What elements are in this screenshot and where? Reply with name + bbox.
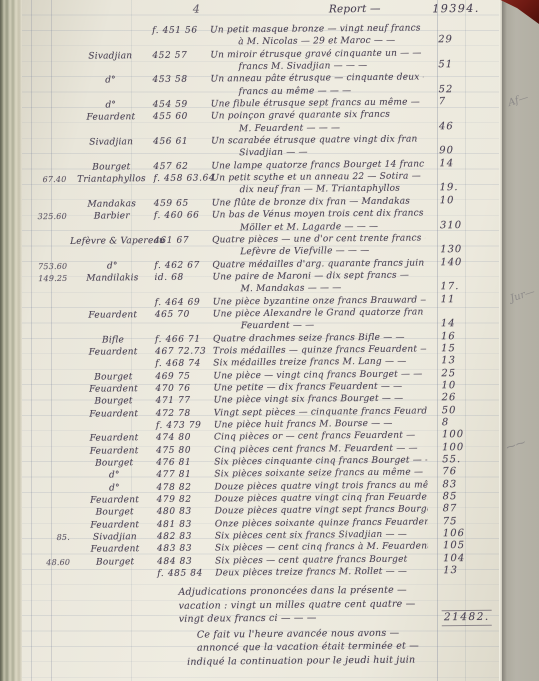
row-marginal-figure — [26, 520, 73, 533]
row-marginal-figure — [24, 310, 71, 335]
book-page-stack-edge — [0, 0, 24, 681]
row-marginal-figure: 753.60 — [23, 260, 70, 273]
row-marginal-figure: 48.60 — [26, 557, 73, 570]
row-amount: 55. — [427, 454, 498, 467]
row-buyer-name: Bourget — [72, 395, 156, 408]
row-buyer-name: d° — [72, 482, 156, 495]
row-amount: 51 — [423, 46, 494, 71]
row-lot-numbers: 457 62 — [153, 160, 211, 173]
row-marginal-figure — [25, 396, 72, 409]
row-buyer-name: Sivadjian — [68, 50, 152, 75]
row-lot-numbers: 453 58 — [152, 74, 210, 99]
vacation-total-amount: 21482. — [442, 610, 492, 626]
row-lot-numbers: 474 80 — [156, 432, 214, 445]
row-buyer-name: Feuardent — [71, 383, 155, 396]
report-label: Report — — [329, 3, 381, 15]
row-description: Un petit masque bronze — vingt neuf fran… — [210, 22, 423, 49]
row-description: Une paire de Maroni — dix sept francs —M… — [212, 269, 425, 296]
row-marginal-figure — [24, 297, 71, 310]
report-carried-amount: 19394. — [432, 2, 480, 15]
row-lot-numbers: 459 65 — [154, 197, 212, 210]
row-marginal-figure — [25, 421, 72, 434]
row-lot-numbers: 461 67 — [154, 234, 212, 259]
handwritten-content: 4 Report — 19394. f. 451 56 Un petit mas… — [21, 2, 500, 670]
bleed-through-mark: Jur— — [509, 286, 536, 304]
row-buyer-name: Bifle — [71, 334, 155, 347]
row-buyer-name: d° — [70, 260, 154, 273]
row-description: Un poinçon gravé quarante six francsM. F… — [211, 109, 424, 136]
row-marginal-figure — [22, 137, 69, 162]
row-buyer-name: Barbier — [70, 210, 154, 235]
row-amount: 100 — [427, 441, 498, 454]
row-lot-numbers: f. 468 74 — [155, 358, 213, 371]
row-lot-numbers: 454 59 — [153, 99, 211, 112]
row-marginal-figure: 149.25 — [23, 273, 70, 298]
row-marginal-figure — [22, 162, 69, 175]
row-buyer-name: Lefèvre & Vapereau — [70, 235, 154, 260]
bleed-through-mark: Af— — [507, 92, 530, 109]
row-lot-numbers: id. 68 — [154, 271, 212, 296]
row-marginal-figure — [24, 384, 71, 397]
row-amount: 85 — [428, 491, 499, 504]
row-marginal-figure — [26, 569, 73, 582]
row-buyer-name: Bourget — [69, 161, 153, 174]
row-amount: 87 — [428, 503, 499, 516]
row-buyer-name: Feuardent — [72, 408, 156, 421]
row-lot-numbers: 483 83 — [157, 543, 215, 556]
row-lot-numbers: 469 75 — [155, 370, 213, 383]
row-amount: 140 — [425, 256, 496, 269]
row-amount: 100 — [427, 429, 498, 442]
row-lot-numbers: f. 451 56 — [152, 24, 210, 49]
row-marginal-figure — [25, 483, 72, 496]
row-amount: 130 — [425, 232, 496, 257]
row-marginal-figure — [25, 433, 72, 446]
row-amount: 50 — [427, 404, 498, 417]
row-buyer-name: d° — [69, 99, 153, 112]
row-marginal-figure — [21, 51, 68, 76]
row-amount: 17. — [425, 269, 496, 294]
row-amount: 75 — [428, 515, 499, 528]
row-marginal-figure — [23, 236, 70, 261]
row-lot-numbers: f. 458 63.64 — [153, 173, 211, 198]
row-amount: 90 — [424, 133, 495, 158]
row-marginal-figure — [25, 408, 72, 421]
row-amount: 29 — [423, 22, 494, 47]
row-amount: 83 — [427, 478, 498, 491]
row-buyer-name — [71, 297, 155, 310]
row-lot-numbers: 470 76 — [155, 382, 213, 395]
row-buyer-name: Mandilakis — [70, 272, 154, 297]
ledger-entries: f. 451 56 Un petit masque bronze — vingt… — [21, 22, 499, 582]
row-buyer-name: Feuardent — [72, 445, 156, 458]
row-lot-numbers: 479 82 — [157, 494, 215, 507]
row-marginal-figure — [21, 75, 68, 100]
row-marginal-figure: 85. — [26, 532, 73, 545]
row-marginal-figure: 67.40 — [22, 174, 69, 199]
row-amount: 76 — [427, 466, 498, 479]
row-amount: 10 — [426, 380, 497, 393]
row-lot-numbers: 481 83 — [157, 518, 215, 531]
row-amount: 46 — [424, 108, 495, 133]
adjacent-grey-page: Af— Jur— ⁓⁓ — [502, 0, 539, 681]
row-amount: 16 — [426, 330, 497, 343]
row-buyer-name: Feuardent — [73, 519, 157, 532]
row-buyer-name: d° — [72, 469, 156, 482]
report-header: Report — 19394. — [21, 2, 494, 25]
row-lot-numbers: 467 72.73 — [155, 345, 213, 358]
row-lot-numbers: f. 462 67 — [154, 259, 212, 272]
row-buyer-name: Bourget — [73, 556, 157, 569]
row-description: Un miroir étrusque gravé cinquante un — … — [210, 47, 423, 74]
row-buyer-name: Feuardent — [69, 111, 153, 136]
row-marginal-figure — [24, 359, 71, 372]
row-amount: 13 — [428, 565, 499, 578]
row-buyer-name: Feuardent — [71, 346, 155, 359]
row-buyer-name: Feuardent — [73, 543, 157, 556]
row-description: Un bas de Vénus moyen trois cent dix fra… — [212, 208, 425, 235]
row-amount: 14 — [424, 158, 495, 171]
row-amount: 19. — [424, 170, 495, 195]
row-buyer-name — [68, 25, 152, 50]
row-buyer-name: Triantaphyllos — [69, 173, 153, 198]
row-lot-numbers: 484 83 — [157, 555, 215, 568]
row-lot-numbers: f. 485 84 — [157, 568, 215, 581]
row-description: Un petit scythe et un anneau 22 — Sotira… — [211, 171, 424, 198]
row-marginal-figure — [25, 446, 72, 459]
row-amount: 10 — [425, 195, 496, 208]
row-lot-numbers: f. 464 69 — [155, 296, 213, 309]
row-buyer-name: Mandakas — [70, 198, 154, 211]
row-amount: 310 — [425, 207, 496, 232]
row-buyer-name: Sivadjian — [73, 531, 157, 544]
row-lot-numbers: 452 57 — [152, 49, 210, 74]
row-amount: 105 — [428, 540, 499, 553]
row-buyer-name: Bourget — [71, 371, 155, 384]
row-description: Quatre pièces — une d'or cent trente fra… — [212, 232, 425, 259]
row-amount: 8 — [427, 417, 498, 430]
row-buyer-name: Sivadjian — [69, 136, 153, 161]
row-description: Deux pièces treize francs M. Rollet — — — [215, 566, 428, 580]
row-buyer-name: Bourget — [72, 457, 156, 470]
row-lot-numbers: f. 460 66 — [154, 210, 212, 235]
row-lot-numbers: 471 77 — [156, 395, 214, 408]
row-marginal-figure — [25, 458, 72, 471]
closing-note: Adjudications prononcées dans la présent… — [26, 583, 500, 670]
row-lot-numbers: f. 466 71 — [155, 333, 213, 346]
row-marginal-figure — [23, 199, 70, 212]
row-lot-numbers: 472 78 — [156, 407, 214, 420]
row-buyer-name: Feuardent — [73, 494, 157, 507]
row-marginal-figure — [22, 100, 69, 113]
row-marginal-figure — [24, 347, 71, 360]
row-lot-numbers: f. 473 79 — [156, 419, 214, 432]
row-amount: 7 — [424, 96, 495, 109]
ledger-photograph: Af— Jur— ⁓⁓ 4 Report — 19394. f. 451 56 … — [0, 0, 539, 681]
bleed-through-mark: ⁓⁓ — [505, 437, 527, 454]
row-lot-numbers: 476 81 — [156, 456, 214, 469]
row-description: Une pièce Alexandre le Grand quatorze fr… — [213, 306, 426, 333]
row-buyer-name: Feuardent — [72, 432, 156, 445]
row-buyer-name: d° — [68, 74, 152, 99]
row-amount: 14 — [426, 306, 497, 331]
row-marginal-figure — [24, 334, 71, 347]
row-buyer-name: Feuardent — [71, 309, 155, 334]
row-buyer-name: Bourget — [73, 506, 157, 519]
row-lot-numbers: 455 60 — [153, 111, 211, 136]
row-marginal-figure — [22, 112, 69, 137]
row-amount: 15 — [426, 343, 497, 356]
row-marginal-figure — [25, 470, 72, 483]
row-amount: 13 — [426, 355, 497, 368]
row-lot-numbers: 478 82 — [156, 481, 214, 494]
row-amount: 25 — [426, 367, 497, 380]
stray-pen-mark: 4 — [193, 3, 200, 16]
row-buyer-name — [72, 420, 156, 433]
row-buyer-name — [71, 358, 155, 371]
row-marginal-figure: 325.60 — [23, 211, 70, 236]
row-amount: 11 — [426, 293, 497, 306]
row-amount: 26 — [427, 392, 498, 405]
row-marginal-figure — [24, 371, 71, 384]
row-description: Un scarabée étrusque quatre vingt dix fr… — [211, 134, 424, 161]
row-lot-numbers: 465 70 — [155, 308, 213, 333]
row-amount: 104 — [428, 553, 499, 566]
row-marginal-figure — [21, 26, 68, 51]
row-description: Un anneau pâte étrusque — cinquante deux… — [210, 72, 423, 99]
row-amount: 52 — [423, 71, 494, 96]
row-marginal-figure — [26, 507, 73, 520]
row-buyer-name — [73, 568, 157, 581]
row-amount: 106 — [428, 528, 499, 541]
row-lot-numbers: 477 81 — [156, 469, 214, 482]
row-lot-numbers: 480 83 — [157, 506, 215, 519]
row-lot-numbers: 475 80 — [156, 444, 214, 457]
row-lot-numbers: 456 61 — [153, 136, 211, 161]
row-marginal-figure — [26, 544, 73, 557]
row-lot-numbers: 482 83 — [157, 531, 215, 544]
row-marginal-figure — [26, 495, 73, 508]
